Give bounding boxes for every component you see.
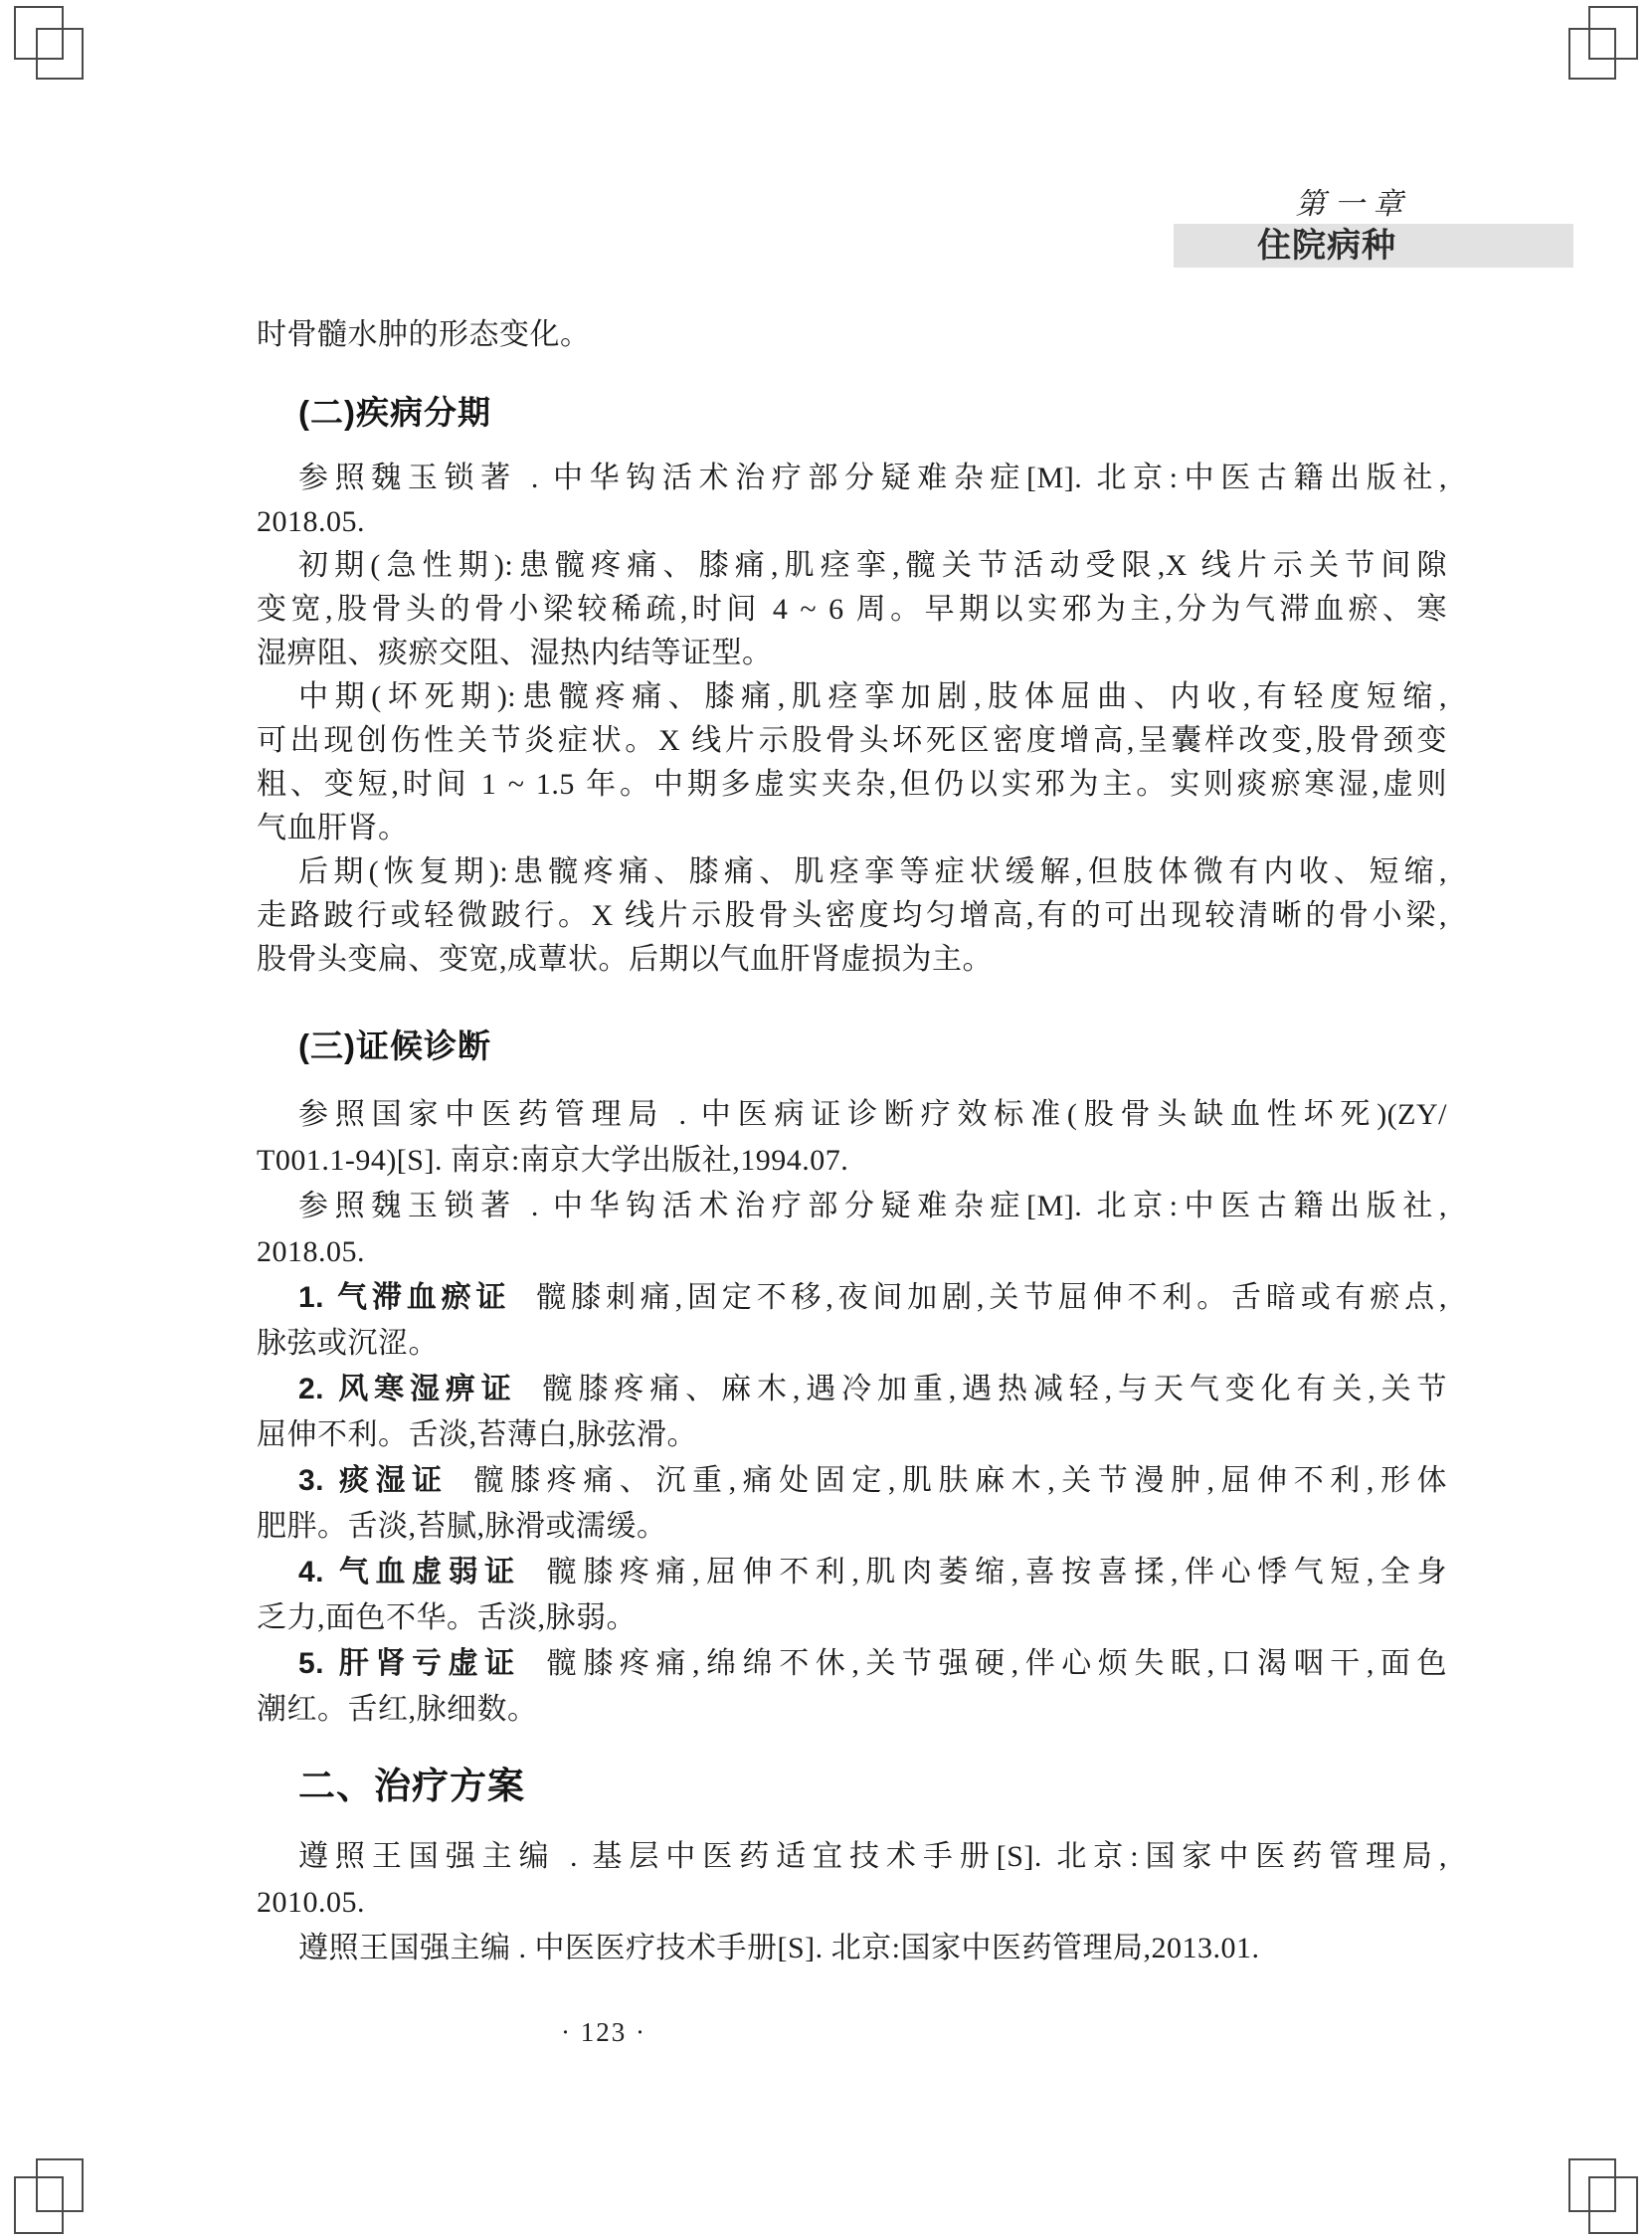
crop-mark-bottom-left-inner xyxy=(36,2158,84,2212)
pattern-first-line: 2. 风寒湿痹证髋膝疼痛、麻木,遇冷加重,遇热减轻,与天气变化有关,关节 xyxy=(257,1367,1447,1412)
book-page: { "page": { "chapter_label": "第一章", "cha… xyxy=(0,0,1652,2240)
paragraph-line: 后期(恢复期):患髋疼痛、膝痛、肌痉挛等症状缓解,但肢体微有内收、短缩, xyxy=(257,850,1447,894)
citation-line: 参照魏玉锁著 . 中华钩活术治疗部分疑难杂症[M]. 北京:中医古籍出版社, xyxy=(257,1184,1447,1229)
pattern-label: 5. 肝肾亏虚证 xyxy=(298,1647,521,1680)
paragraph-line: 气血肝肾。 xyxy=(257,807,1447,850)
pattern-label: 4. 气血虚弱证 xyxy=(298,1556,521,1588)
citation-line: 参照魏玉锁著 . 中华钩活术治疗部分疑难杂症[M]. 北京:中医古籍出版社, xyxy=(257,457,1447,500)
pattern-text: 髋膝刺痛,固定不移,夜间加剧,关节屈伸不利。舌暗或有瘀点, xyxy=(536,1281,1447,1314)
page-number: · 123 · xyxy=(494,2015,713,2049)
pattern-item: 2. 风寒湿痹证髋膝疼痛、麻木,遇冷加重,遇热减轻,与天气变化有关,关节 屈伸不… xyxy=(257,1367,1447,1458)
pattern-text-line: 潮红。舌红,脉细数。 xyxy=(257,1687,1447,1733)
pattern-first-line: 1. 气滞血瘀证髋膝刺痛,固定不移,夜间加剧,关节屈伸不利。舌暗或有瘀点, xyxy=(257,1275,1447,1321)
paragraph-line: 中期(坏死期):患髋疼痛、膝痛,肌痉挛加剧,肢体屈曲、内收,有轻度短缩, xyxy=(257,675,1447,719)
pattern-first-line: 4. 气血虚弱证髋膝疼痛,屈伸不利,肌肉萎缩,喜按喜揉,伴心悸气短,全身 xyxy=(257,1550,1447,1595)
crop-mark-top-left-inner xyxy=(36,28,84,80)
paragraph-line: 粗、变短,时间 1 ~ 1.5 年。中期多虚实夹杂,但仍以实邪为主。实则痰瘀寒湿… xyxy=(257,763,1447,807)
paragraph-line: 湿痹阻、痰瘀交阻、湿热内结等证型。 xyxy=(257,632,1447,675)
pattern-label: 2. 风寒湿痹证 xyxy=(298,1373,517,1405)
crop-mark-bottom-right-inner xyxy=(1568,2158,1616,2212)
section-heading-disease-staging: (二)疾病分期 xyxy=(257,391,1447,435)
paragraph-line: 变宽,股骨头的骨小梁较稀疏,时间 4 ~ 6 周。早期以实邪为主,分为气滞血瘀、… xyxy=(257,588,1447,632)
citation-line: 遵照王国强主编 . 基层中医药适宜技术手册[S]. 北京:国家中医药管理局, xyxy=(257,1834,1447,1880)
pattern-text-line: 肥胖。舌淡,苔腻,脉滑或濡缓。 xyxy=(257,1504,1447,1550)
pattern-label: 3. 痰湿证 xyxy=(298,1464,449,1497)
content-block-syndrome: (三)证候诊断 参照国家中医药管理局 . 中医病证诊断疗效标准(股骨头缺血性坏死… xyxy=(257,1025,1447,1733)
pattern-text-line: 乏力,面色不华。舌淡,脉弱。 xyxy=(257,1595,1447,1641)
content-block-staging: 时骨髓水肿的形态变化。 (二)疾病分期 参照魏玉锁著 . 中华钩活术治疗部分疑难… xyxy=(257,313,1447,982)
pattern-text: 髋膝疼痛,屈伸不利,肌肉萎缩,喜按喜揉,伴心悸气短,全身 xyxy=(547,1556,1447,1588)
citation-line: T001.1-94)[S]. 南京:南京大学出版社,1994.07. xyxy=(257,1138,1447,1184)
citation-line: 参照国家中医药管理局 . 中医病证诊断疗效标准(股骨头缺血性坏死)(ZY/ xyxy=(257,1092,1447,1138)
pattern-text-line: 脉弦或沉涩。 xyxy=(257,1321,1447,1367)
intro-line: 时骨髓水肿的形态变化。 xyxy=(257,313,1447,357)
pattern-item: 3. 痰湿证髋膝疼痛、沉重,痛处固定,肌肤麻木,关节漫肿,屈伸不利,形体 肥胖。… xyxy=(257,1458,1447,1550)
pattern-item: 1. 气滞血瘀证髋膝刺痛,固定不移,夜间加剧,关节屈伸不利。舌暗或有瘀点, 脉弦… xyxy=(257,1275,1447,1367)
section-heading-treatment-plan: 二、治疗方案 xyxy=(257,1761,1447,1812)
crop-mark-top-right-inner xyxy=(1568,28,1616,80)
chapter-title-bar: 住院病种 xyxy=(1174,224,1573,268)
chapter-label: 第一章 xyxy=(1174,179,1573,223)
paragraph-line: 股骨头变扁、变宽,成蕈状。后期以气血肝肾虚损为主。 xyxy=(257,938,1447,982)
section-heading-syndrome-diagnosis: (三)证候诊断 xyxy=(257,1025,1447,1068)
pattern-label: 1. 气滞血瘀证 xyxy=(298,1281,510,1314)
content-block-treatment: 二、治疗方案 遵照王国强主编 . 基层中医药适宜技术手册[S]. 北京:国家中医… xyxy=(257,1761,1447,1971)
pattern-first-line: 3. 痰湿证髋膝疼痛、沉重,痛处固定,肌肤麻木,关节漫肿,屈伸不利,形体 xyxy=(257,1458,1447,1504)
paragraph-line: 走路跛行或轻微跛行。X 线片示股骨头密度均匀增高,有的可出现较清晰的骨小梁, xyxy=(257,894,1447,938)
citation-line: 2010.05. xyxy=(257,1880,1447,1926)
paragraph-line: 初期(急性期):患髋疼痛、膝痛,肌痉挛,髋关节活动受限,X 线片示关节间隙 xyxy=(257,544,1447,588)
pattern-item: 5. 肝肾亏虚证髋膝疼痛,绵绵不休,关节强硬,伴心烦失眠,口渴咽干,面色 潮红。… xyxy=(257,1641,1447,1733)
pattern-text-line: 屈伸不利。舌淡,苔薄白,脉弦滑。 xyxy=(257,1412,1447,1458)
citation-line: 2018.05. xyxy=(257,1229,1447,1275)
chapter-title: 住院病种 xyxy=(1174,224,1573,268)
pattern-first-line: 5. 肝肾亏虚证髋膝疼痛,绵绵不休,关节强硬,伴心烦失眠,口渴咽干,面色 xyxy=(257,1641,1447,1687)
citation-line: 2018.05. xyxy=(257,500,1447,544)
citation-line: 遵照王国强主编 . 中医医疗技术手册[S]. 北京:国家中医药管理局,2013.… xyxy=(257,1926,1447,1971)
pattern-text: 髋膝疼痛,绵绵不休,关节强硬,伴心烦失眠,口渴咽干,面色 xyxy=(547,1647,1447,1680)
paragraph-line: 可出现创伤性关节炎症状。X 线片示股骨头坏死区密度增高,呈囊样改变,股骨颈变 xyxy=(257,719,1447,763)
pattern-text: 髋膝疼痛、沉重,痛处固定,肌肤麻木,关节漫肿,屈伸不利,形体 xyxy=(474,1464,1447,1497)
pattern-text: 髋膝疼痛、麻木,遇冷加重,遇热减轻,与天气变化有关,关节 xyxy=(543,1373,1447,1405)
pattern-item: 4. 气血虚弱证髋膝疼痛,屈伸不利,肌肉萎缩,喜按喜揉,伴心悸气短,全身 乏力,… xyxy=(257,1550,1447,1641)
